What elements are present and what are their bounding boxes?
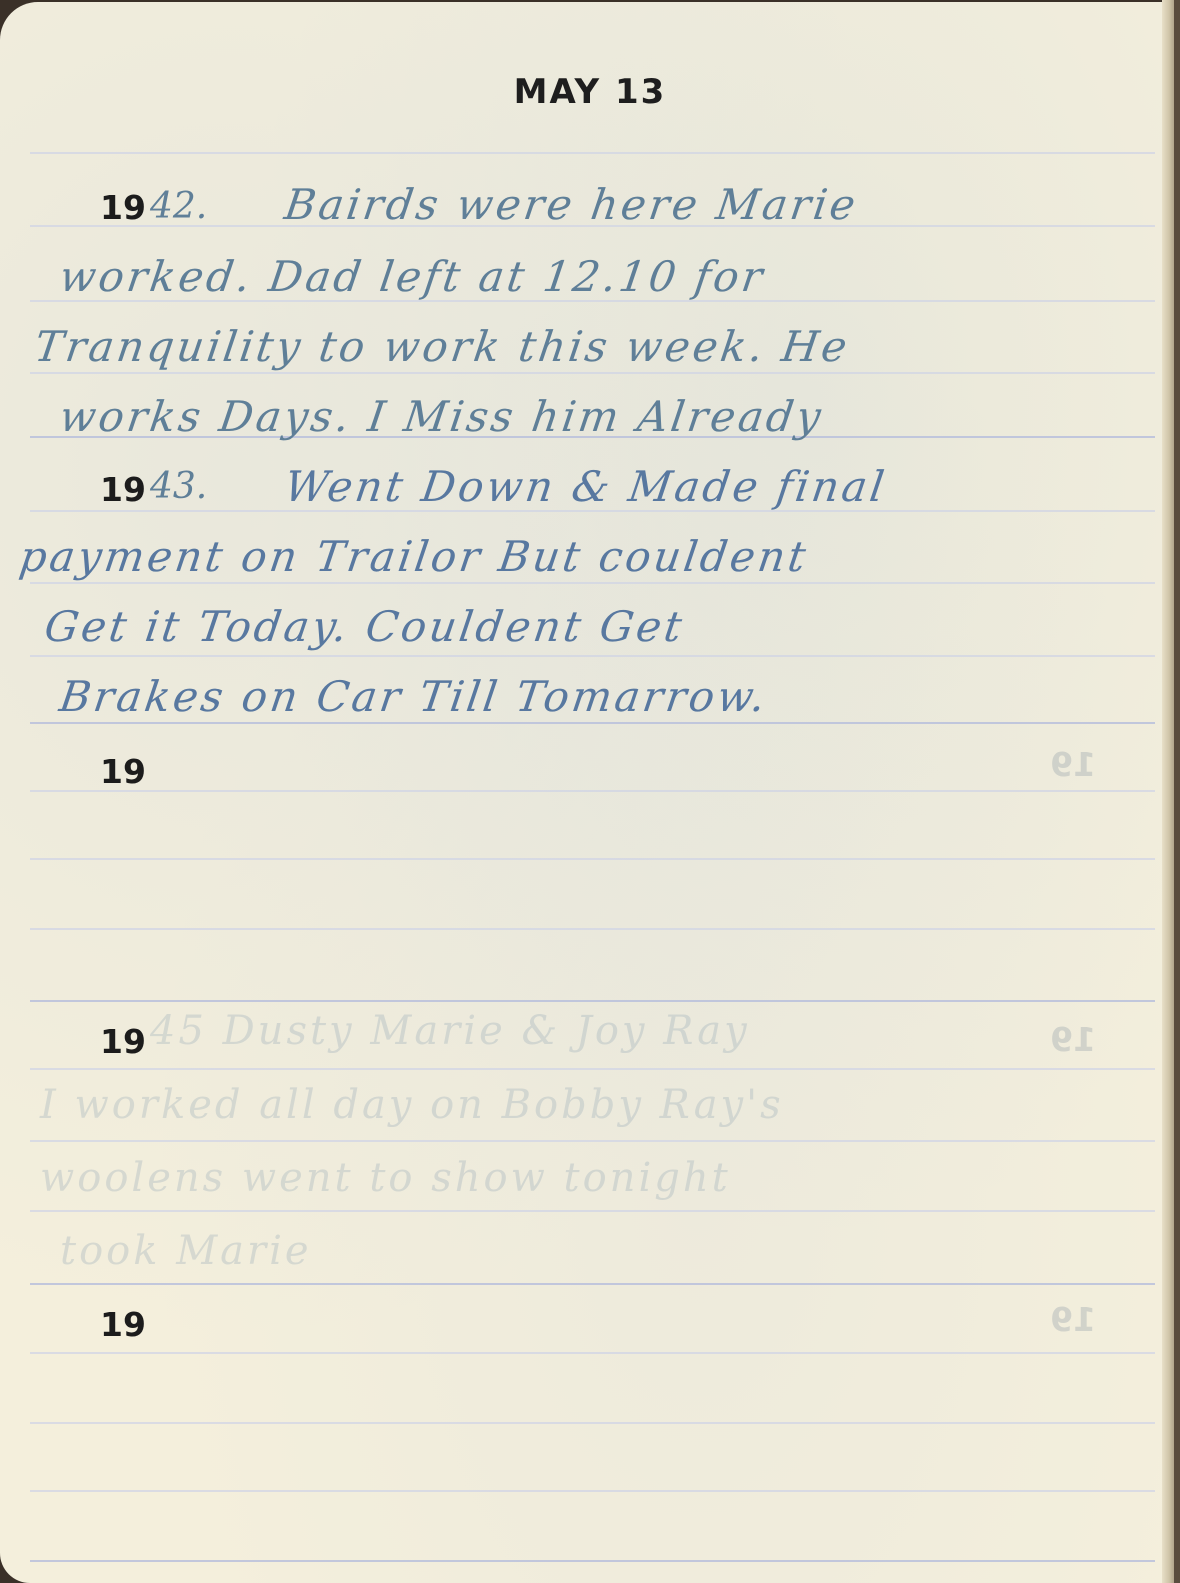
ruled-line [30,1352,1155,1354]
reverse-year-ghost: 19 [1050,745,1096,784]
entry-line: Went Down & Made final [282,462,890,511]
ruled-line [30,790,1155,792]
entry-line: works Days. I Miss him Already [57,392,827,441]
reverse-year-ghost: 19 [1050,1020,1096,1059]
entry-line: Bairds were here Marie [282,180,862,229]
ruled-line [30,1140,1155,1142]
ruled-line [30,655,1155,657]
ruled-line [30,1210,1155,1212]
printed-year-prefix: 19 [100,1022,146,1061]
ruled-line [30,1560,1155,1562]
ruled-line [30,152,1155,154]
ruled-line [30,372,1155,374]
ruled-line [30,858,1155,860]
ruled-line [30,1068,1155,1070]
page-date-heading: MAY 13 [0,72,1180,112]
ruled-line [30,1000,1155,1002]
ruled-line [30,722,1155,724]
ruled-line [30,1490,1155,1492]
reverse-year-ghost: 19 [1050,1300,1096,1339]
entry-line: Brakes on Car Till Tomarrow. [57,672,772,721]
entry-line: Tranquility to work this week. He [32,322,853,371]
entry-line: Get it Today. Couldent Get [42,602,688,651]
ruled-line [30,928,1155,930]
printed-year-prefix: 19 [100,1305,146,1344]
ruled-line [30,1283,1155,1285]
book-binding-edge [1174,0,1180,1583]
handwritten-year: 42. [150,186,207,227]
diary-page [0,2,1162,1583]
entry-line: payment on Trailor But couldent [17,532,812,581]
show-through-line: took Marie [60,1228,312,1274]
printed-year-prefix: 19 [100,470,146,509]
ruled-line [30,1422,1155,1424]
printed-year-prefix: 19 [100,752,146,791]
printed-year-prefix: 19 [100,188,146,227]
show-through-line: woolens went to show tonight [40,1155,731,1201]
show-through-line: I worked all day on Bobby Ray's [40,1082,784,1128]
handwritten-year: 43. [150,466,207,507]
ruled-line [30,582,1155,584]
show-through-line: 45 Dusty Marie & Joy Ray [150,1008,750,1054]
entry-line: worked. Dad left at 12.10 for [57,252,769,301]
